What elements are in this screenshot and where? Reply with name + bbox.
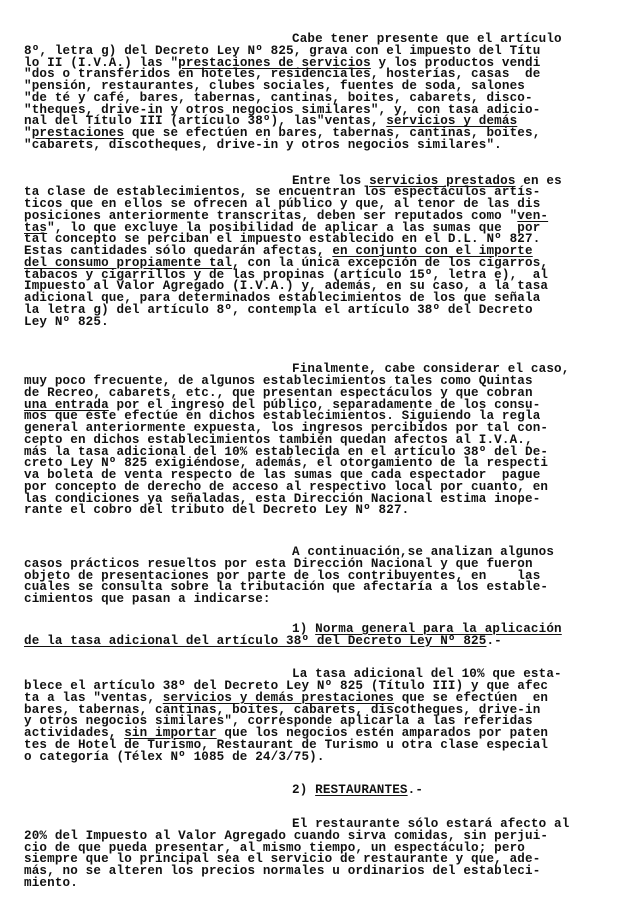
paragraph: Cabe tener presente que el artículo8º, l… xyxy=(24,34,614,152)
paragraph: Entre los servicios prestados en esta cl… xyxy=(24,176,614,329)
text-run: .- xyxy=(486,634,501,648)
text-run: .- xyxy=(408,783,423,797)
text-line: de la tasa adicional del artículo 38º de… xyxy=(24,636,614,648)
text-run: rante el cobro del tributo del Decreto L… xyxy=(24,503,409,517)
text-line: la letra g) del artículo 8º, contempla e… xyxy=(24,305,614,317)
paragraph-gap xyxy=(24,14,614,34)
paragraph: Finalmente, cabe considerar el caso,muy … xyxy=(24,364,614,517)
paragraph: El restaurante sólo estará afecto al20% … xyxy=(24,819,614,890)
section-heading: 2) RESTAURANTES.- xyxy=(24,785,614,797)
text-run: 2) xyxy=(292,783,315,797)
paragraph-gap xyxy=(24,647,614,669)
text-run: cimientos que pasan a indicarse: xyxy=(24,592,271,606)
paragraph-gap xyxy=(24,517,614,547)
text-run: miento. xyxy=(24,876,78,890)
text-line: miento. xyxy=(24,878,614,890)
paragraph: A continuación,se analizan algunoscasos … xyxy=(24,547,614,606)
paragraph-gap xyxy=(24,328,614,364)
paragraph-gap xyxy=(24,797,614,819)
text-run: "cabarets, discotheques, drive-in y otro… xyxy=(24,138,502,152)
section-heading: 1) Norma general para la aplicaciónde la… xyxy=(24,624,614,648)
paragraph-gap xyxy=(24,152,614,176)
paragraph: La tasa adicional del 10% que esta-blece… xyxy=(24,669,614,763)
underlined-text: de la tasa adicional del artículo 38º de… xyxy=(24,634,486,648)
text-run: Ley Nº 825. xyxy=(24,315,109,329)
text-run: o categoría (Télex Nº 1085 de 24/3/75). xyxy=(24,750,325,764)
text-line: cimientos que pasan a indicarse: xyxy=(24,594,614,606)
text-line: más, no se alteren los precios normales … xyxy=(24,866,614,878)
text-line: 2) RESTAURANTES.- xyxy=(24,785,614,797)
text-line: "cabarets, discotheques, drive-in y otro… xyxy=(24,140,614,152)
paragraph-gap xyxy=(24,763,614,785)
document-page: Cabe tener presente que el artículo8º, l… xyxy=(24,14,614,890)
text-line: o categoría (Télex Nº 1085 de 24/3/75). xyxy=(24,752,614,764)
text-line: rante el cobro del tributo del Decreto L… xyxy=(24,505,614,517)
text-line: Ley Nº 825. xyxy=(24,317,614,329)
text-run: más, no se alteren los precios normales … xyxy=(24,864,540,878)
underlined-text: RESTAURANTES xyxy=(315,783,408,797)
